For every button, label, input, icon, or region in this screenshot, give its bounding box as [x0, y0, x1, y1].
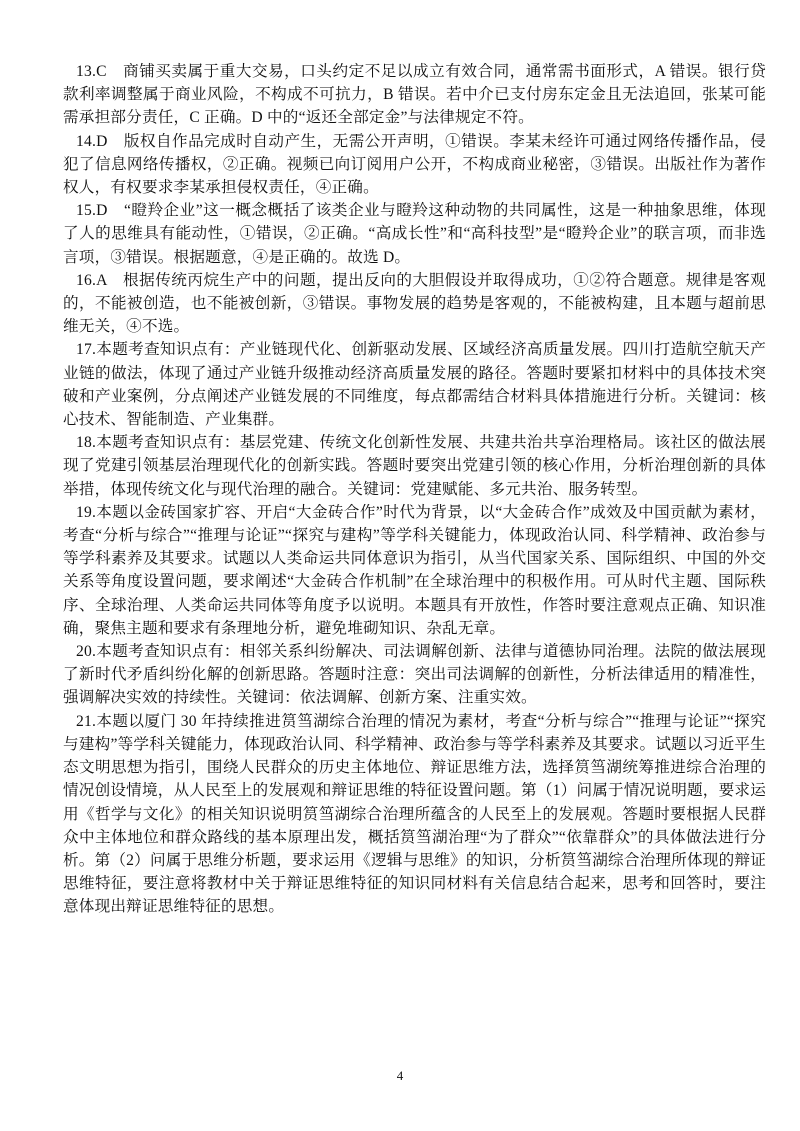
answer-paragraph-14: 14.D 版权自作品完成时自动产生，无需公开声明，①错误。李某未经许可通过网络传… — [63, 130, 766, 200]
answer-paragraph-15: 15.D “瞪羚企业”这一概念概括了该类企业与瞪羚这种动物的共同属性，这是一种抽… — [63, 199, 766, 269]
page-number: 4 — [0, 1068, 800, 1084]
answers-section: 13.C 商铺买卖属于重大交易，口头约定不足以成立有效合同，通常需书面形式，A … — [63, 60, 766, 919]
answer-paragraph-21: 21.本题以厦门 30 年持续推进筼筜湖综合治理的情况为素材，考查“分析与综合”… — [63, 710, 766, 919]
answer-paragraph-13: 13.C 商铺买卖属于重大交易，口头约定不足以成立有效合同，通常需书面形式，A … — [63, 60, 766, 130]
answer-paragraph-16: 16.A 根据传统丙烷生产中的问题，提出反向的大胆假设并取得成功，①②符合题意。… — [63, 269, 766, 339]
answer-paragraph-19: 19.本题以金砖国家扩容、开启“大金砖合作”时代为背景，以“大金砖合作”成效及中… — [63, 501, 766, 640]
answer-sheet-page: 13.C 商铺买卖属于重大交易，口头约定不足以成立有效合同，通常需书面形式，A … — [0, 0, 800, 1131]
answer-paragraph-17: 17.本题考查知识点有：产业链现代化、创新驱动发展、区域经济高质量发展。四川打造… — [63, 338, 766, 431]
answer-paragraph-20: 20.本题考查知识点有：相邻关系纠纷解决、司法调解创新、法律与道德协同治理。法院… — [63, 640, 766, 710]
answer-paragraph-18: 18.本题考查知识点有：基层党建、传统文化创新性发展、共建共治共享治理格局。该社… — [63, 431, 766, 501]
